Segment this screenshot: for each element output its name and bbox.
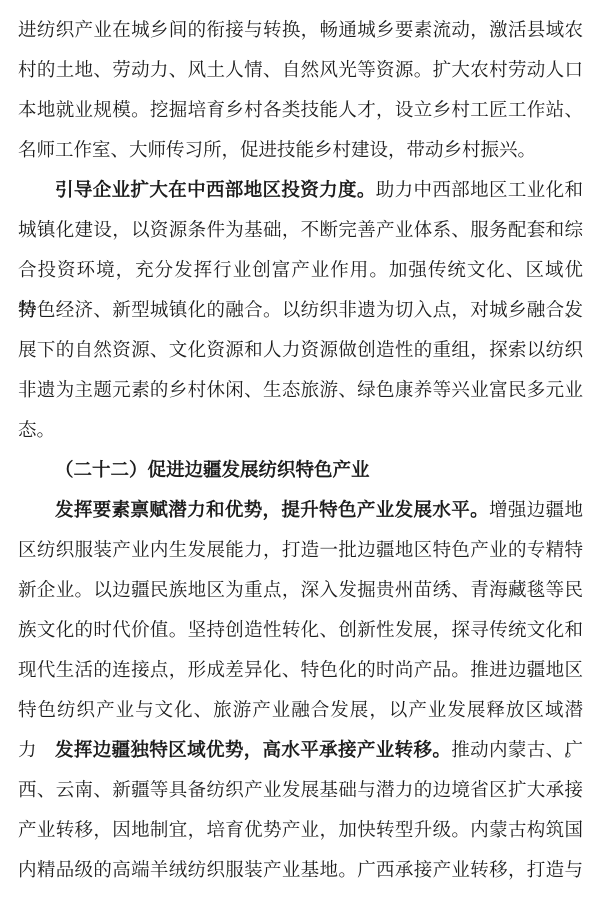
text-line: 进纺织产业在城乡间的衔接与转换，畅通城乡要素流动，激活县域农 bbox=[18, 11, 583, 51]
text-run: 现代生活的连接点，形成差异化、特色化的时尚产品。推进边疆地区 bbox=[18, 661, 583, 681]
text-line: 族文化的时代价值。坚持创造性转化、创新性发展，探寻传统文化和 bbox=[18, 611, 583, 651]
text-run: 特色经济、新型城镇化的融合。以纺织非遗为切入点，对城乡融合发 bbox=[18, 301, 583, 321]
text-line: 本地就业规模。挖掘培育乡村各类技能人才，设立乡村工匠工作站、 bbox=[18, 91, 583, 131]
text-line: 发挥边疆独特区域优势，高水平承接产业转移。推动内蒙古、广 bbox=[18, 731, 583, 771]
text-line: 发挥要素禀赋潜力和优势，提升特色产业发展水平。增强边疆地 bbox=[18, 491, 583, 531]
text-line: 非遗为主题元素的乡村休闲、生态旅游、绿色康养等兴业富民多元业 bbox=[18, 371, 583, 411]
text-run: 村的土地、劳动力、风土人情、自然风光等资源。扩大农村劳动人口 bbox=[18, 61, 583, 81]
text-run: 助力中西部地区工业化和 bbox=[376, 181, 583, 201]
text-line: 区纺织服装产业内生发展能力，打造一批边疆地区特色产业的专精特 bbox=[18, 531, 583, 571]
text-run: 展下的自然资源、文化资源和人力资源做创造性的重组，探索以纺织 bbox=[18, 341, 583, 361]
text-line: 特色经济、新型城镇化的融合。以纺织非遗为切入点，对城乡融合发 bbox=[18, 291, 583, 331]
text-line: 合投资环境，充分发挥行业创富产业作用。加强传统文化、区域优势、 bbox=[18, 251, 583, 291]
text-run: 区纺织服装产业内生发展能力，打造一批边疆地区特色产业的专精特 bbox=[18, 541, 583, 561]
text-run: 本地就业规模。挖掘培育乡村各类技能人才，设立乡村工匠工作站、 bbox=[18, 101, 583, 121]
bold-text-run: 发挥要素禀赋潜力和优势，提升特色产业发展水平。 bbox=[55, 501, 489, 521]
text-line: 特色纺织产业与文化、旅游产业融合发展，以产业发展释放区域潜力。 bbox=[18, 691, 583, 731]
text-run: 西、云南、新疆等具备纺织产业发展基础与潜力的边境省区扩大承接 bbox=[18, 781, 583, 801]
text-run: 新企业。以边疆民族地区为重点，深入发掘贵州苗绣、青海藏毯等民 bbox=[18, 581, 583, 601]
text-run: 非遗为主题元素的乡村休闲、生态旅游、绿色康养等兴业富民多元业 bbox=[18, 381, 583, 401]
text-run: 族文化的时代价值。坚持创造性转化、创新性发展，探寻传统文化和 bbox=[18, 621, 583, 641]
text-run: 名师工作室、大师传习所，促进技能乡村建设，带动乡村振兴。 bbox=[18, 141, 536, 161]
text-run: 态。 bbox=[18, 421, 55, 441]
text-run: 城镇化建设，以资源条件为基础，不断完善产业体系、服务配套和综 bbox=[18, 221, 583, 241]
text-run: 内精品级的高端羊绒纺织服装产业基地。广西承接产业转移，打造与 bbox=[18, 861, 583, 881]
section-heading: （二十二）促进边疆发展纺织特色产业 bbox=[18, 451, 583, 491]
bold-text-run: （二十二）促进边疆发展纺织特色产业 bbox=[55, 461, 370, 481]
bold-text-run: 引导企业扩大在中西部地区投资力度。 bbox=[55, 181, 376, 201]
text-line: 西、云南、新疆等具备纺织产业发展基础与潜力的边境省区扩大承接 bbox=[18, 771, 583, 811]
text-line: 村的土地、劳动力、风土人情、自然风光等资源。扩大农村劳动人口 bbox=[18, 51, 583, 91]
text-line: 展下的自然资源、文化资源和人力资源做创造性的重组，探索以纺织 bbox=[18, 331, 583, 371]
text-line: 产业转移，因地制宜，培育优势产业，加快转型升级。内蒙古构筑国 bbox=[18, 811, 583, 851]
document-page: 进纺织产业在城乡间的衔接与转换，畅通城乡要素流动，激活县域农村的土地、劳动力、风… bbox=[0, 0, 601, 900]
text-run: 推动内蒙古、广 bbox=[451, 741, 583, 761]
text-line: 引导企业扩大在中西部地区投资力度。助力中西部地区工业化和 bbox=[18, 171, 583, 211]
text-line: 名师工作室、大师传习所，促进技能乡村建设，带动乡村振兴。 bbox=[18, 131, 583, 171]
text-line: 态。 bbox=[18, 411, 583, 451]
text-line: 城镇化建设，以资源条件为基础，不断完善产业体系、服务配套和综 bbox=[18, 211, 583, 251]
text-run: 进纺织产业在城乡间的衔接与转换，畅通城乡要素流动，激活县域农 bbox=[18, 21, 583, 41]
text-run: 产业转移，因地制宜，培育优势产业，加快转型升级。内蒙古构筑国 bbox=[18, 821, 583, 841]
text-line: 现代生活的连接点，形成差异化、特色化的时尚产品。推进边疆地区 bbox=[18, 651, 583, 691]
bold-text-run: 发挥边疆独特区域优势，高水平承接产业转移。 bbox=[55, 741, 451, 761]
text-run: 增强边疆地 bbox=[489, 501, 583, 521]
document-text-body: 进纺织产业在城乡间的衔接与转换，畅通城乡要素流动，激活县域农村的土地、劳动力、风… bbox=[18, 11, 583, 891]
text-line: 新企业。以边疆民族地区为重点，深入发掘贵州苗绣、青海藏毯等民 bbox=[18, 571, 583, 611]
text-line: 内精品级的高端羊绒纺织服装产业基地。广西承接产业转移，打造与 bbox=[18, 851, 583, 891]
